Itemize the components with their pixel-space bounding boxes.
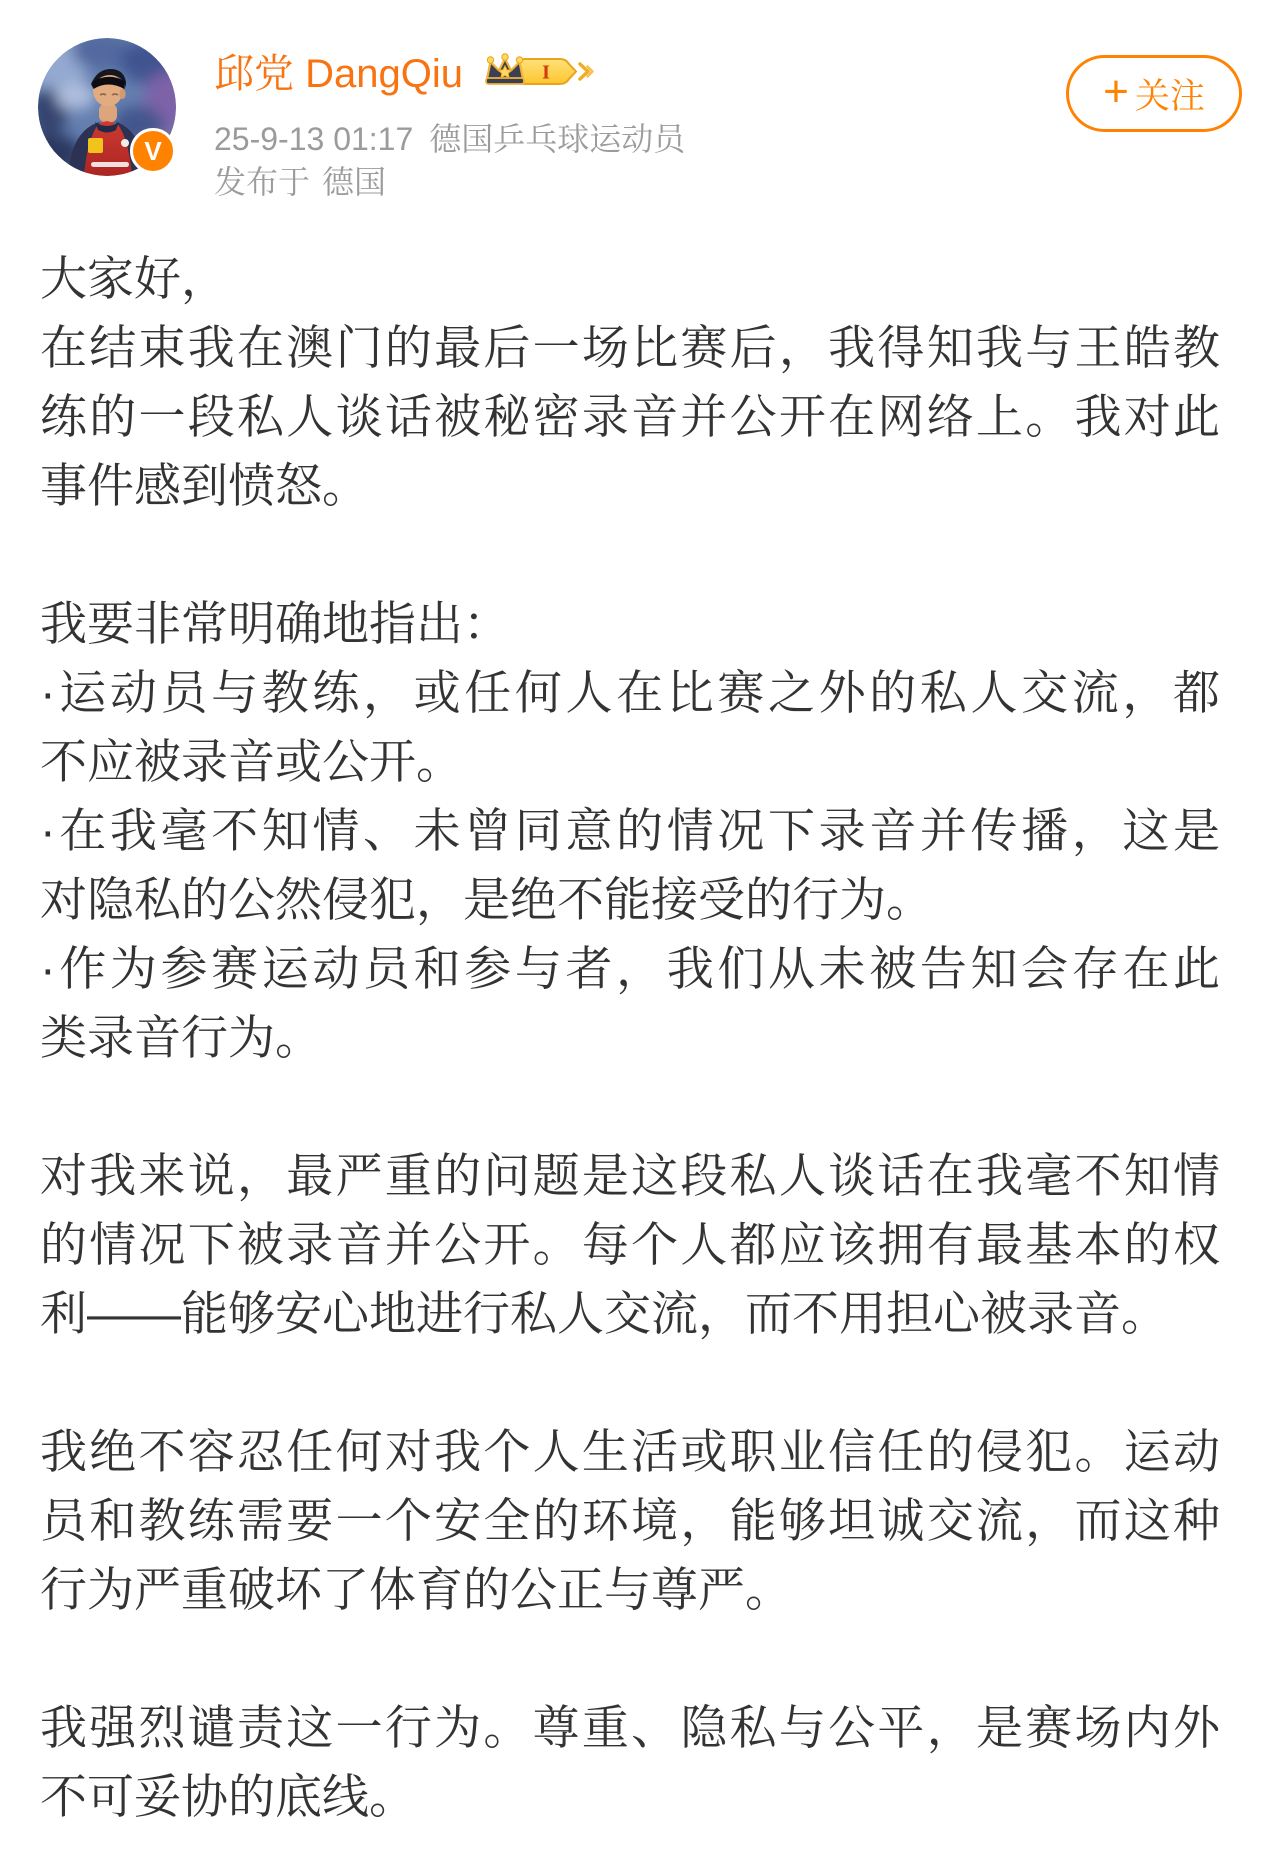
post-line: 事件感到愤怒。 [40, 451, 1220, 520]
follow-label: 关注 [1135, 69, 1205, 119]
follow-button[interactable]: + 关注 [1066, 55, 1242, 132]
post-meta: 25-9-13 01:17 德国乒乓球运动员 [214, 120, 685, 158]
post-blank-line [40, 1072, 1220, 1141]
post-line: 行为严重破坏了体育的公正与尊严。 [40, 1555, 1220, 1624]
username-link[interactable]: 邱党 DangQiu [214, 42, 463, 99]
post-line: 利——能够安心地进行私人交流，而不用担心被录音。 [40, 1279, 1220, 1348]
timestamp: 25-9-13 01:17 [214, 120, 413, 158]
post-line: 的情况下被录音并公开。每个人都应该拥有最基本的权 [40, 1210, 1220, 1279]
weibo-post-card: V 邱党 DangQiu I 25-9-13 0 [0, 0, 1284, 1857]
post-line: 我要非常明确地指出： [40, 589, 1220, 658]
post-body: 大家好，在结束我在澳门的最后一场比赛后，我得知我与王皓教练的一段私人谈话被秘密录… [40, 244, 1220, 1831]
location-label: 发布于 [214, 163, 310, 201]
crown-icon [486, 53, 524, 83]
plus-icon: + [1103, 70, 1129, 114]
post-line: 我强烈谴责这一行为。尊重、隐私与公平，是赛场内外 [40, 1693, 1220, 1762]
vip-crown-badge-icon[interactable]: I [478, 52, 596, 90]
post-line: ·在我毫不知情、未曾同意的情况下录音并传播，这是 [40, 796, 1220, 865]
avatar[interactable]: V [38, 38, 176, 176]
location-value[interactable]: 德国 [322, 163, 386, 201]
post-location: 发布于 德国 [214, 163, 386, 201]
post-line: ·作为参赛运动员和参与者，我们从未被告知会存在此 [40, 934, 1220, 1003]
post-blank-line [40, 520, 1220, 589]
post-line: 在结束我在澳门的最后一场比赛后，我得知我与王皓教 [40, 313, 1220, 382]
user-line: 邱党 DangQiu I [214, 42, 596, 99]
post-line: 对我来说，最严重的问题是这段私人谈话在我毫不知情 [40, 1141, 1220, 1210]
post-line: 我绝不容忍任何对我个人生活或职业信任的侵犯。运动 [40, 1417, 1220, 1486]
post-line: 类录音行为。 [40, 1003, 1220, 1072]
post-line: 大家好， [40, 244, 1220, 313]
post-line: 不应被录音或公开。 [40, 727, 1220, 796]
post-line: ·运动员与教练，或任何人在比赛之外的私人交流，都 [40, 658, 1220, 727]
post-line: 不可妥协的底线。 [40, 1762, 1220, 1831]
vip-level-text: I [542, 61, 550, 83]
post-blank-line [40, 1624, 1220, 1693]
verified-v-icon: V [130, 128, 176, 174]
author-description: 德国乒乓球运动员 [429, 120, 685, 158]
post-line: 对隐私的公然侵犯，是绝不能接受的行为。 [40, 865, 1220, 934]
post-blank-line [40, 1348, 1220, 1417]
post-line: 员和教练需要一个安全的环境，能够坦诚交流，而这种 [40, 1486, 1220, 1555]
post-line: 练的一段私人谈话被秘密录音并公开在网络上。我对此 [40, 382, 1220, 451]
